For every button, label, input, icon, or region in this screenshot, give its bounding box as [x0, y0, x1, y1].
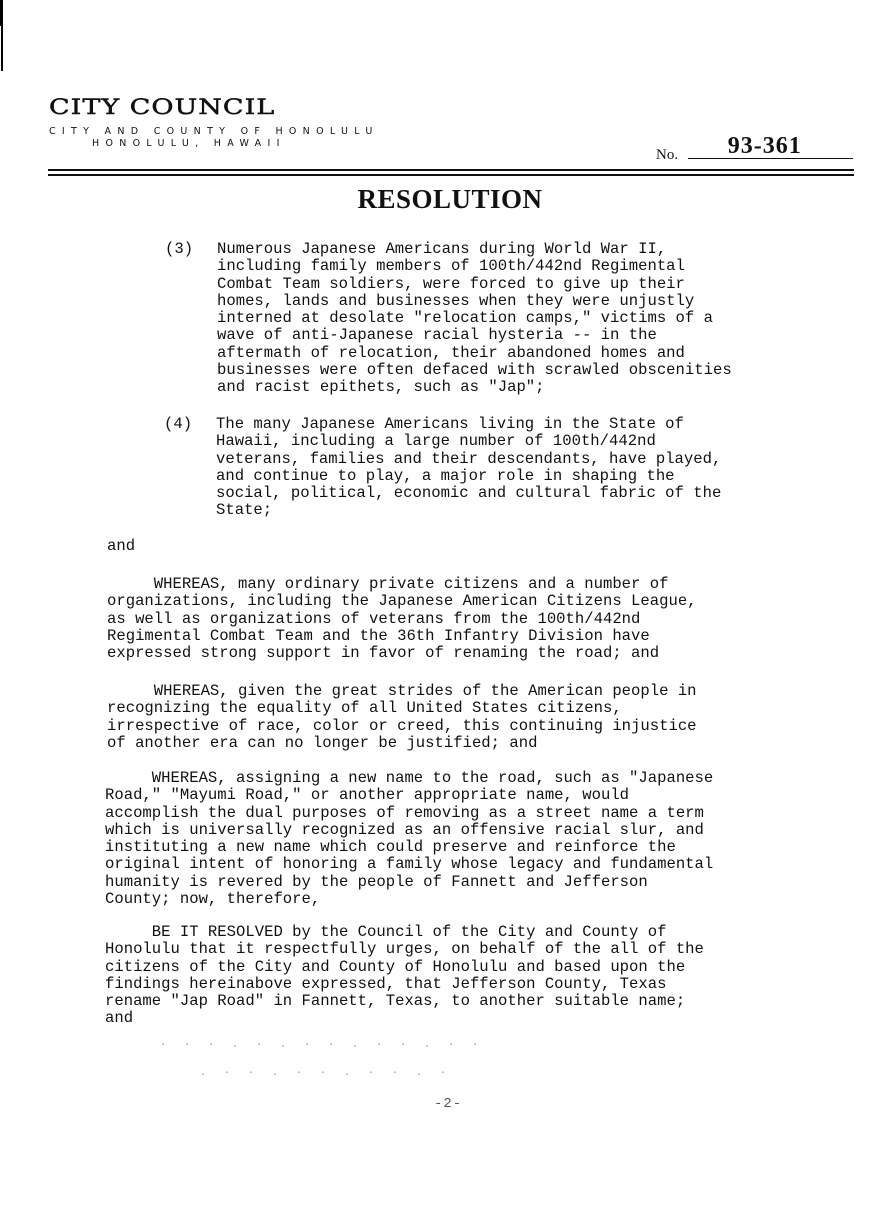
whereas-support-paragraph: WHEREAS, many ordinary private citizens … [107, 576, 697, 662]
letterhead-jurisdiction: CITY AND COUNTY OF HONOLULU [49, 126, 379, 137]
scan-noise: . · · . · · . · · . · [200, 1068, 452, 1079]
finding-4-text: The many Japanese Americans living in th… [216, 416, 721, 520]
header-rule [48, 169, 854, 171]
page-number: -2- [434, 1096, 462, 1112]
letterhead-location: HONOLULU, HAWAII [92, 138, 286, 149]
council-name: CITY COUNCIL [49, 97, 275, 119]
scan-noise: · · · . · . · · . · · . · · [160, 1040, 484, 1051]
number-field: 93-361 [688, 138, 853, 159]
resolution-number: No. 93-361 [656, 138, 853, 164]
finding-number: (3) [165, 241, 193, 258]
scan-edge-mark [1, 25, 3, 71]
conjunction-and: and [107, 538, 135, 555]
header-rule [48, 174, 854, 176]
number-value: 93-361 [728, 133, 802, 160]
finding-3-text: Numerous Japanese Americans during World… [217, 241, 732, 397]
finding-number: (4) [164, 416, 192, 433]
be-it-resolved-paragraph: BE IT RESOLVED by the Council of the Cit… [105, 924, 704, 1028]
whereas-rename-paragraph: WHEREAS, assigning a new name to the roa… [105, 770, 713, 908]
letterhead: CITY COUNCIL CITY AND COUNTY OF HONOLULU… [49, 97, 275, 125]
scan-edge-mark [0, 0, 3, 26]
number-label: No. [656, 147, 678, 163]
document-title: RESOLUTION [0, 184, 893, 215]
whereas-equality-paragraph: WHEREAS, given the great strides of the … [107, 683, 697, 752]
